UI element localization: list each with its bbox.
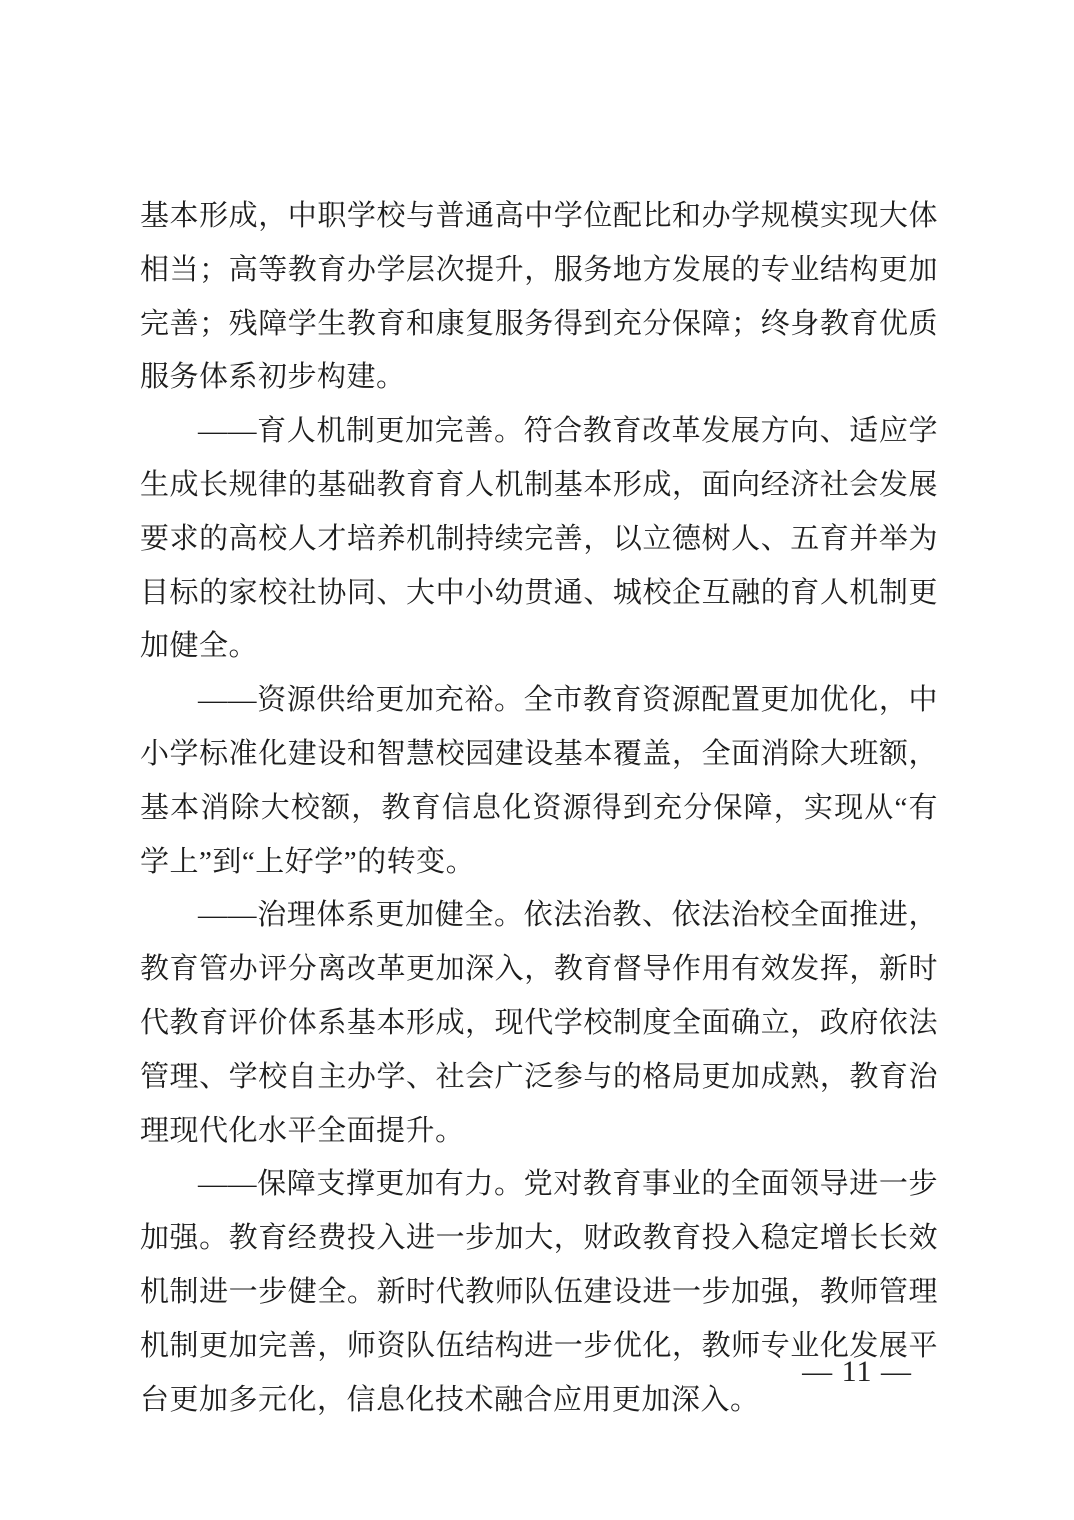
page-footer: — 11 —	[802, 1352, 912, 1392]
paragraph-4: ——治理体系更加健全。依法治教、依法治校全面推进，教育管办评分离改革更加深入，教…	[140, 889, 938, 1158]
paragraph-3: ——资源供给更加充裕。全市教育资源配置更加优化，中小学标准化建设和智慧校园建设基…	[140, 674, 938, 889]
page-number: — 11 —	[802, 1355, 912, 1388]
paragraph-2: ——育人机制更加完善。符合教育改革发展方向、适应学生成长规律的基础教育育人机制基…	[140, 405, 938, 674]
document-body: 基本形成，中职学校与普通高中学位配比和办学规模实现大体相当；高等教育办学层次提升…	[140, 190, 938, 1427]
paragraph-1: 基本形成，中职学校与普通高中学位配比和办学规模实现大体相当；高等教育办学层次提升…	[140, 190, 938, 405]
document-page: 基本形成，中职学校与普通高中学位配比和办学规模实现大体相当；高等教育办学层次提升…	[0, 0, 1074, 1520]
